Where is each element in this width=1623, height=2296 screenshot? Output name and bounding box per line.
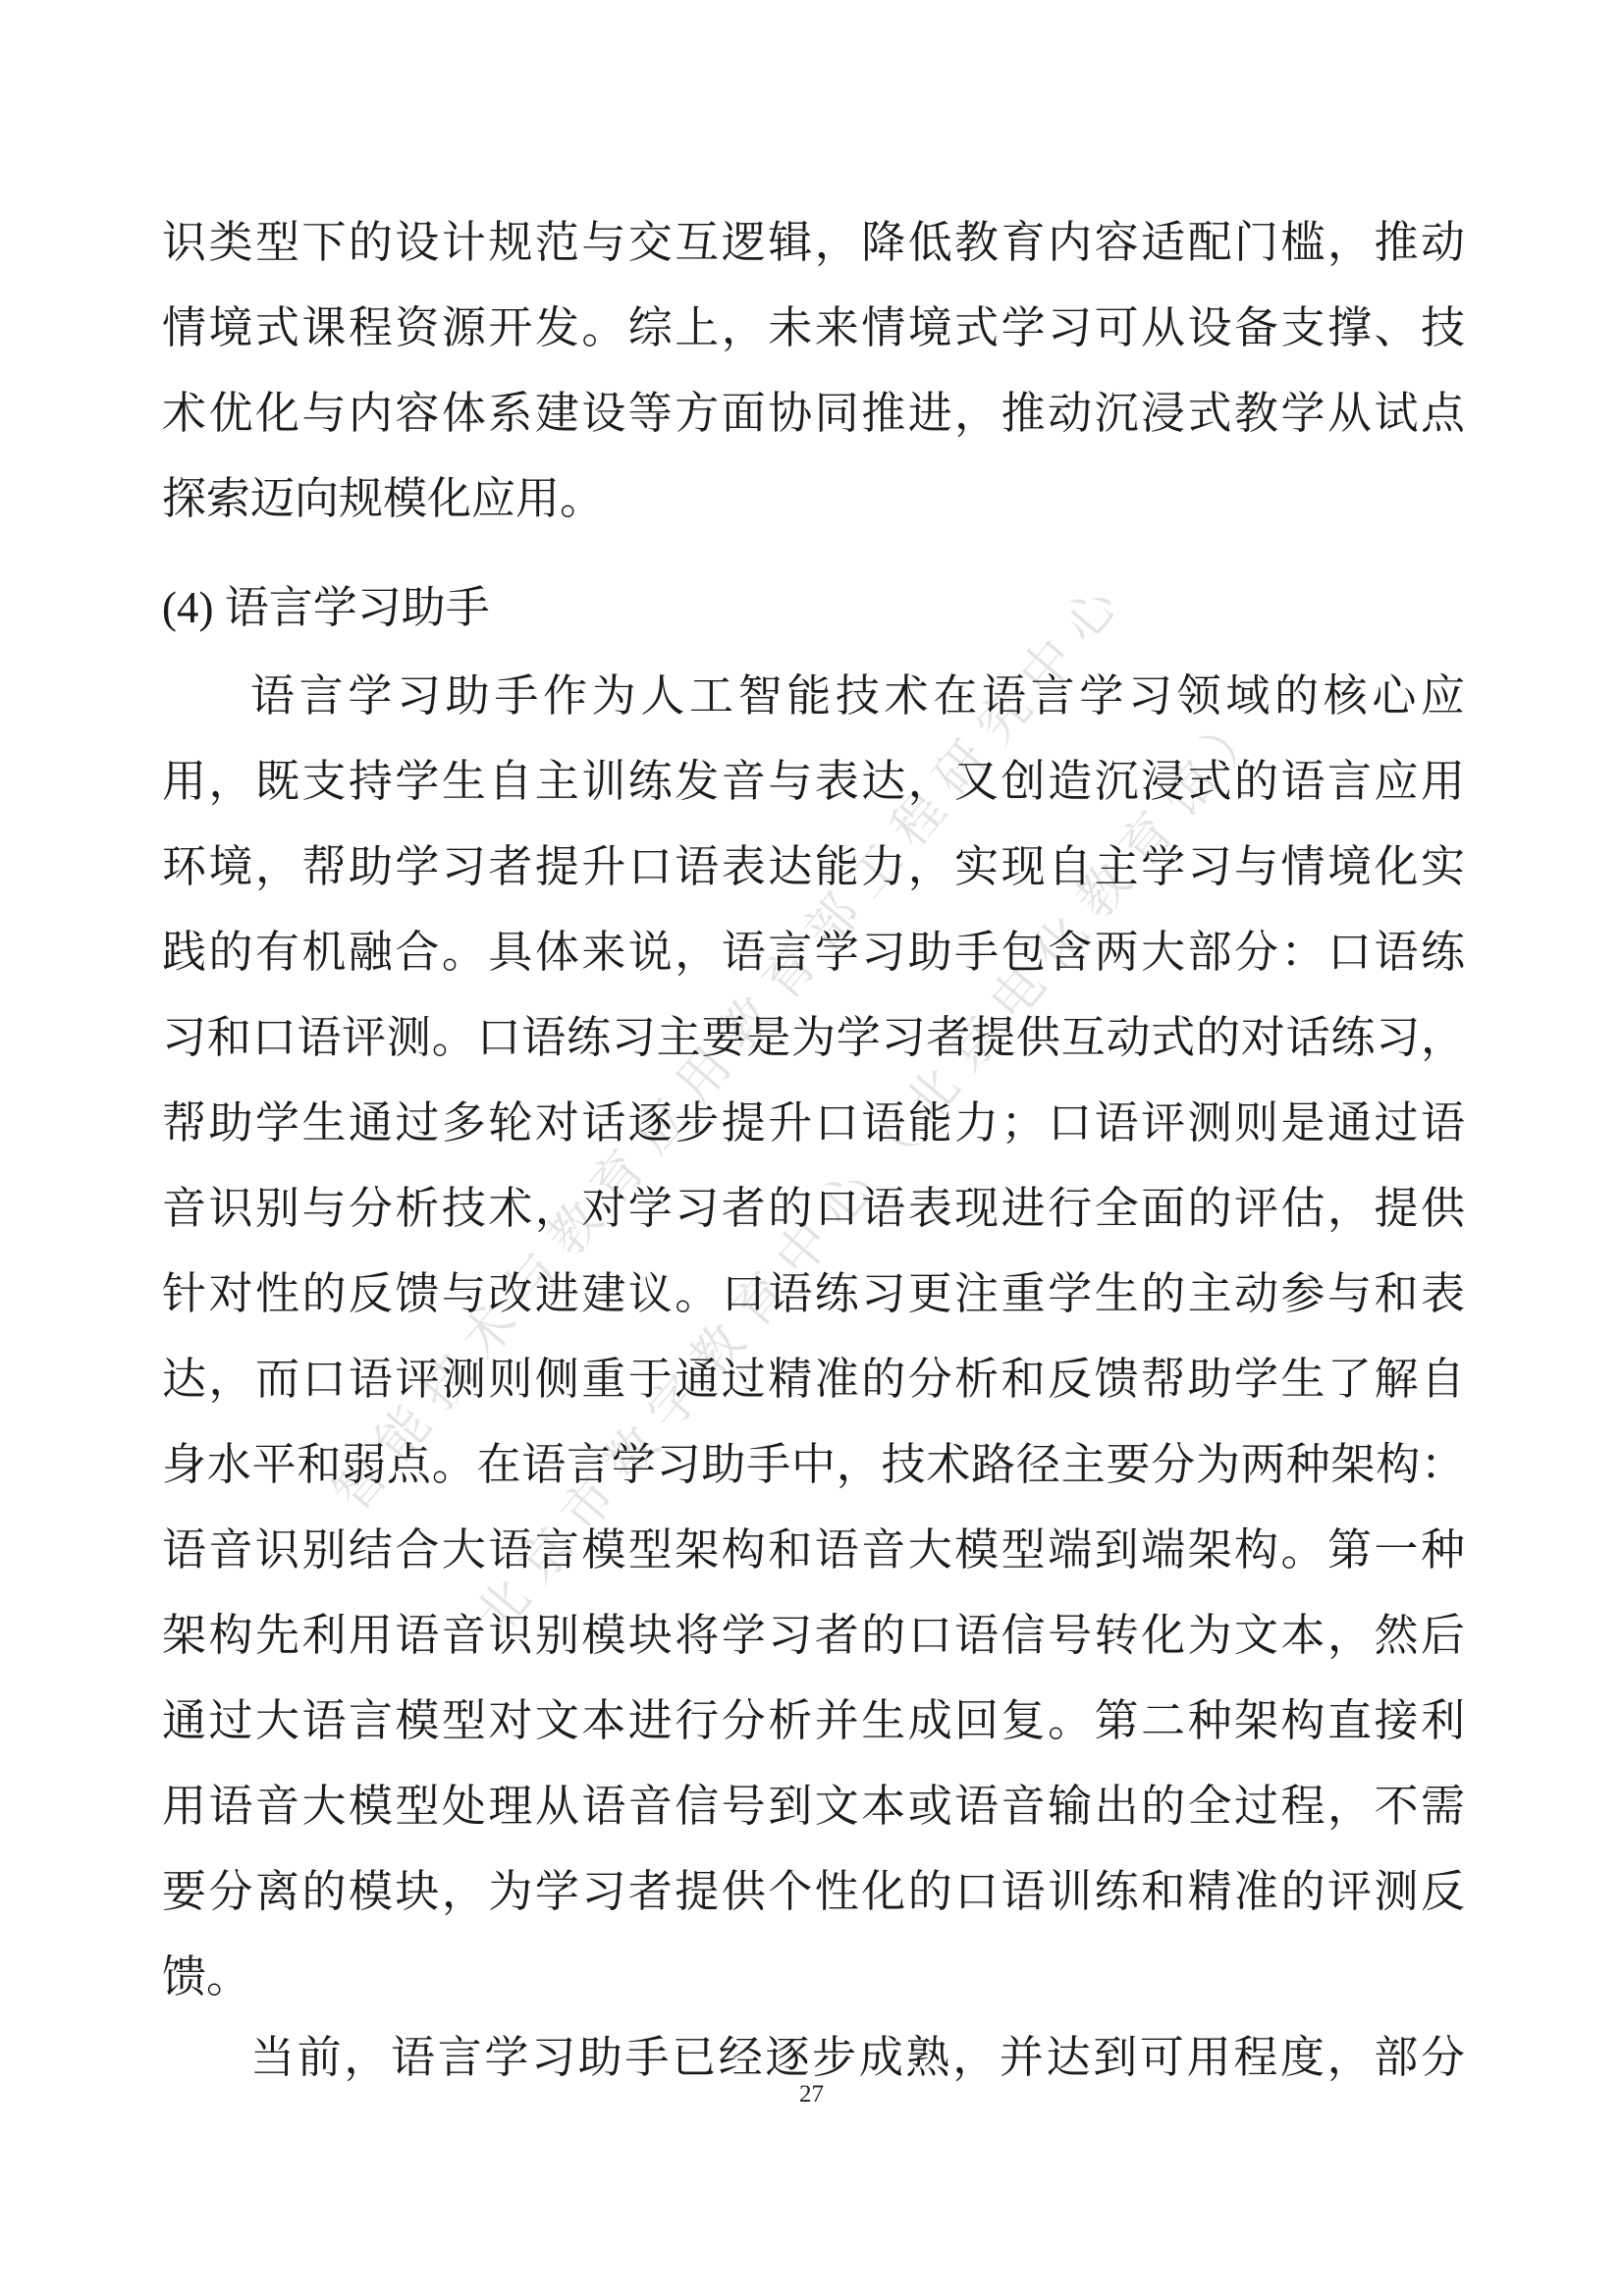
- text-line: 架构先利用语音识别模块将学习者的口语信号转化为文本，然后: [162, 1593, 1465, 1679]
- text-line: 音识别与分析技术，对学习者的口语表现进行全面的评估，提供: [162, 1166, 1465, 1252]
- page-number: 27: [0, 2081, 1623, 2109]
- section-heading: (4) 语言学习助手: [162, 565, 490, 651]
- text-line: 要分离的模块，为学习者提供个性化的口语训练和精准的评测反: [162, 1849, 1465, 1935]
- text-line: 环境，帮助学习者提升口语表达能力，实现自主学习与情境化实: [162, 825, 1465, 910]
- text-line: 通过大语言模型对文本进行分析并生成回复。第二种架构直接利: [162, 1679, 1465, 1764]
- paragraph-1: 识类型下的设计规范与交互逻辑，降低教育内容适配门槛，推动 情境式课程资源开发。综…: [162, 200, 1465, 542]
- text-line: 习和口语评测。口语练习主要是为学习者提供互动式的对话练习，: [162, 995, 1465, 1081]
- text-line: 馈。: [162, 1935, 1465, 2020]
- text-line: 语音识别结合大语言模型架构和语音大模型端到端架构。第一种: [162, 1508, 1465, 1593]
- text-line: 身水平和弱点。在语言学习助手中，技术路径主要分为两种架构：: [162, 1422, 1465, 1508]
- text-line: 语言学习助手作为人工智能技术在语言学习领域的核心应: [162, 654, 1465, 739]
- document-page: 智能技术与教育应用教育部工程研究中心 北京市数字教育中心（北京电化教育馆） 识类…: [0, 0, 1623, 2296]
- text-line: 用，既支持学生自主训练发音与表达，又创造沉浸式的语言应用: [162, 739, 1465, 825]
- paragraph-2: 语言学习助手作为人工智能技术在语言学习领域的核心应 用，既支持学生自主训练发音与…: [162, 654, 1465, 2020]
- text-line: 用语音大模型处理从语音信号到文本或语音输出的全过程，不需: [162, 1764, 1465, 1849]
- text-line: 达，而口语评测则侧重于通过精准的分析和反馈帮助学生了解自: [162, 1337, 1465, 1422]
- text-line: 识类型下的设计规范与交互逻辑，降低教育内容适配门槛，推动: [162, 200, 1465, 286]
- text-line: 探索迈向规模化应用。: [162, 456, 1465, 542]
- text-line: 术优化与内容体系建设等方面协同推进，推动沉浸式教学从试点: [162, 371, 1465, 456]
- text-line: 情境式课程资源开发。综上，未来情境式学习可从设备支撑、技: [162, 286, 1465, 371]
- text-line: 帮助学生通过多轮对话逐步提升口语能力；口语评测则是通过语: [162, 1081, 1465, 1166]
- text-line: 针对性的反馈与改进建议。口语练习更注重学生的主动参与和表: [162, 1252, 1465, 1337]
- text-line: 践的有机融合。具体来说，语言学习助手包含两大部分：口语练: [162, 910, 1465, 995]
